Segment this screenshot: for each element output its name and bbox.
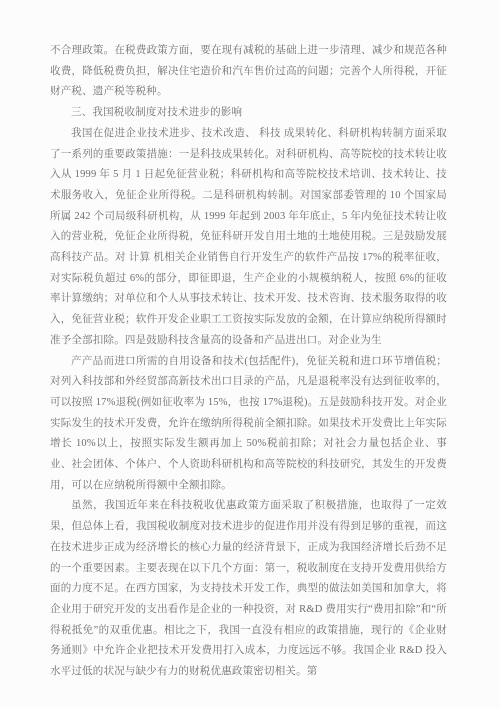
document-page: 不合理政策。在税费政策方面，要在现有减税的基础上进一步清理、减少和规范各种收费，… — [0, 0, 500, 707]
body-paragraph: 虽然，我国近年来在科技税收优惠政策方面采取了积极措施，也取得了一定效果，但总体上… — [50, 496, 447, 682]
document-text-block: 不合理政策。在税费政策方面，要在现有减税的基础上进一步清理、减少和规范各种收费，… — [50, 41, 447, 683]
section-heading: 三、我国税收制度对技术进步的影响 — [50, 103, 447, 124]
body-paragraph: 我国在促进企业技术进步、技术改造、 科技 成果转化、科研机构转制方面采取了一系列… — [50, 124, 447, 352]
body-paragraph: 产产品而进口所需的自用设备和技术(包括配件)，免征关税和进口环节增值税；对列入科… — [50, 352, 447, 497]
body-paragraph-continuation: 不合理政策。在税费政策方面，要在现有减税的基础上进一步清理、减少和规范各种收费，… — [50, 41, 447, 103]
